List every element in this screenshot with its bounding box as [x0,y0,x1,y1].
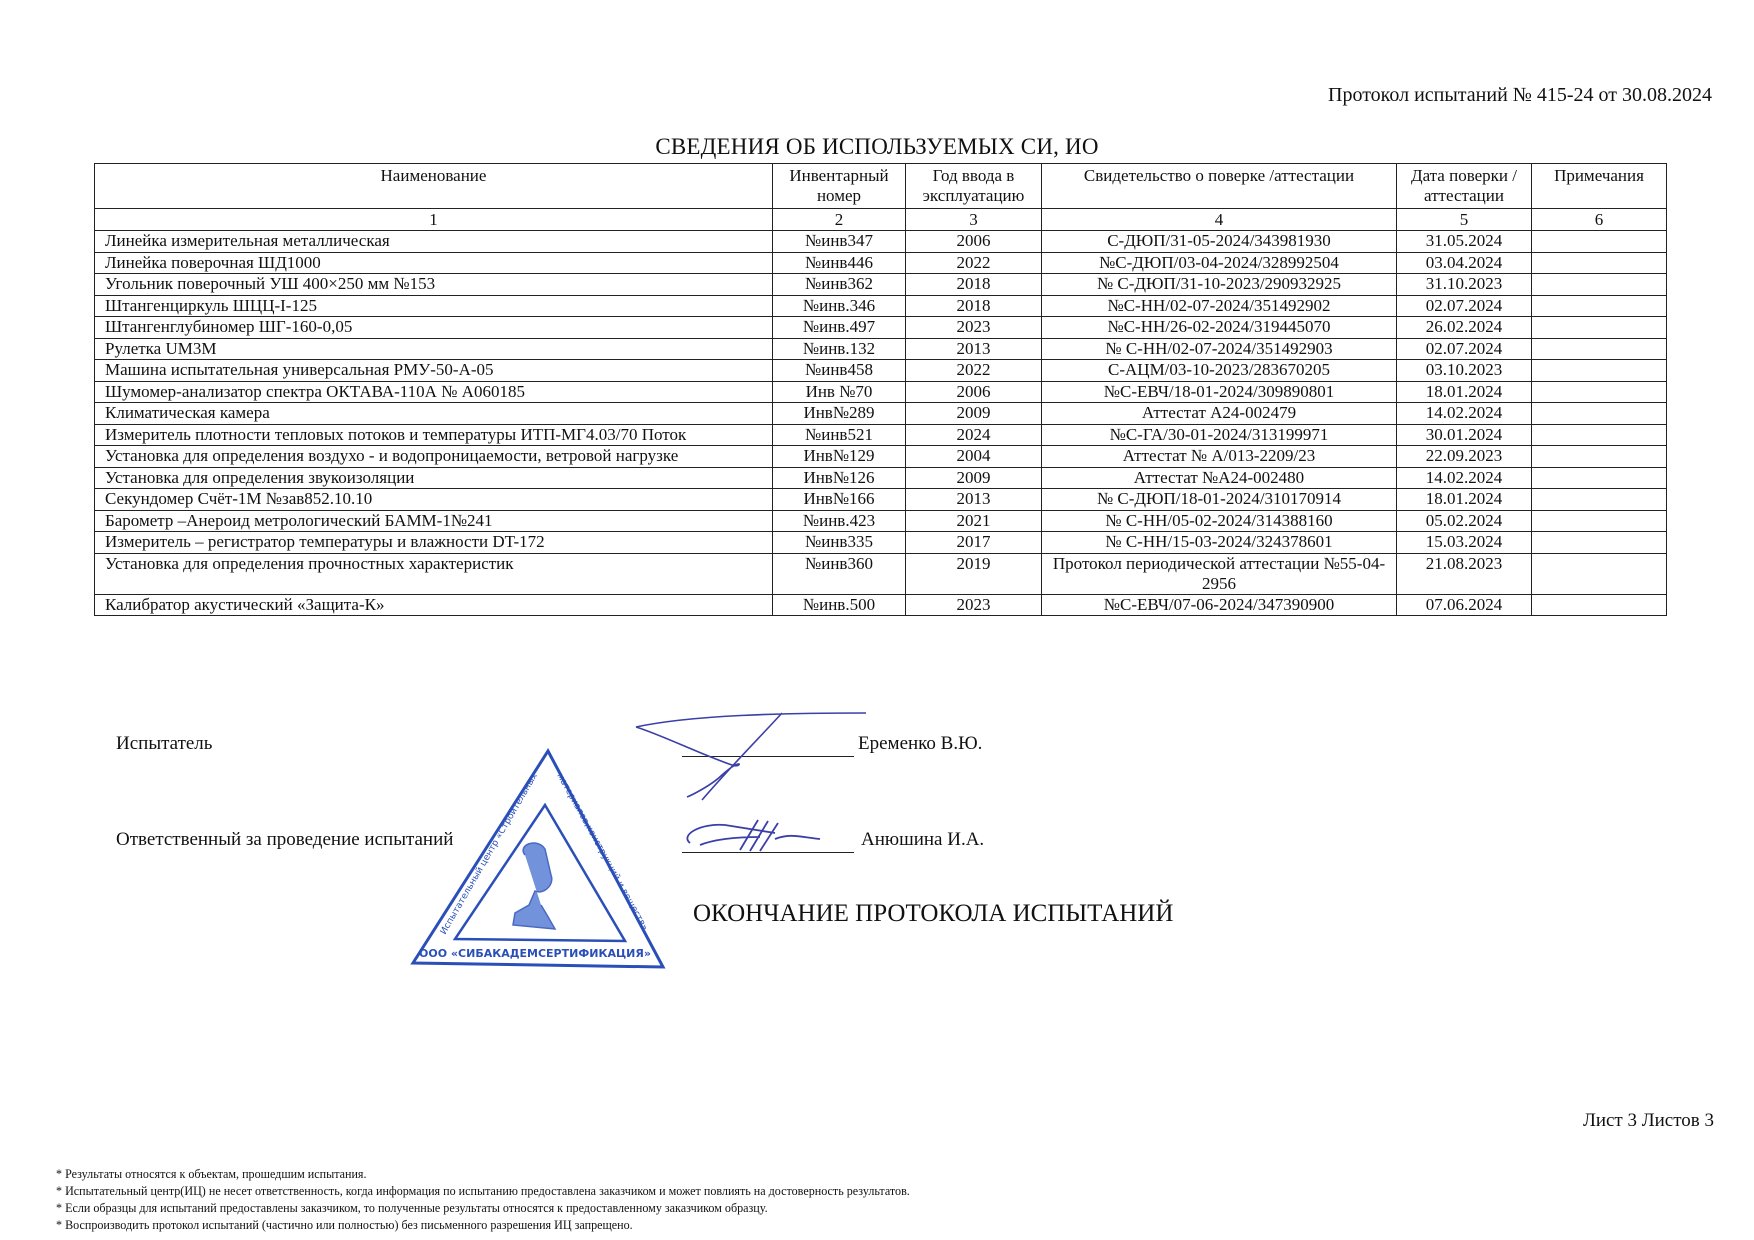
cell-note [1532,381,1667,403]
cell-name: Линейка измерительная металлическая [95,231,773,253]
cell-note [1532,467,1667,489]
cell-note [1532,510,1667,532]
cell-certificate: № С-НН/02-07-2024/351492903 [1042,338,1397,360]
cell-year: 2006 [906,381,1042,403]
cell-note [1532,424,1667,446]
cell-certificate: №С-НН/02-07-2024/351492902 [1042,295,1397,317]
col-number: 1 [95,209,773,231]
table-row: Секундомер Счёт-1М №зав852.10.10Инв№1662… [95,489,1667,511]
table-row: Машина испытательная универсальная РМУ-5… [95,360,1667,382]
cell-name: Машина испытательная универсальная РМУ-5… [95,360,773,382]
col-header-inv: Инвентарный номер [773,164,906,209]
cell-inventory: №инв.346 [773,295,906,317]
table-row: Климатическая камераИнв№2892009Аттестат … [95,403,1667,425]
cell-name: Угольник поверочный УШ 400×250 мм №153 [95,274,773,296]
instruments-table: Наименование Инвентарный номер Год ввода… [94,163,1667,616]
cell-date: 03.10.2023 [1397,360,1532,382]
cell-date: 15.03.2024 [1397,532,1532,554]
footnote: * Если образцы для испытаний предоставле… [56,1200,768,1216]
cell-year: 2018 [906,274,1042,296]
cell-note [1532,274,1667,296]
cell-year: 2021 [906,510,1042,532]
cell-name: Калибратор акустический «Защита-К» [95,594,773,616]
cell-name: Шумомер-анализатор спектра ОКТАВА-110А №… [95,381,773,403]
cell-certificate: Аттестат № А/013-2209/23 [1042,446,1397,468]
cell-date: 05.02.2024 [1397,510,1532,532]
footnote: * Результаты относятся к объектам, проше… [56,1166,367,1182]
stamp-org-text: ООО «СИБАКАДЕМСЕРТИФИКАЦИЯ» [419,947,651,960]
table-row: Штангенглубиномер ШГ-160-0,05№инв.497202… [95,317,1667,339]
cell-date: 18.01.2024 [1397,489,1532,511]
cell-name: Барометр –Анероид метрологический БАММ-1… [95,510,773,532]
cell-year: 2017 [906,532,1042,554]
cell-year: 2024 [906,424,1042,446]
cell-date: 26.02.2024 [1397,317,1532,339]
cell-year: 2013 [906,338,1042,360]
table-row: Установка для определения звукоизоляцииИ… [95,467,1667,489]
cell-certificate: №С-ЕВЧ/18-01-2024/309890801 [1042,381,1397,403]
sheet-info: Лист 3 Листов 3 [1583,1110,1714,1132]
footnote: * Воспроизводить протокол испытаний (час… [56,1217,633,1233]
cell-date: 02.07.2024 [1397,338,1532,360]
cell-date: 30.01.2024 [1397,424,1532,446]
responsible-name: Анюшина И.А. [861,829,984,851]
cell-year: 2022 [906,360,1042,382]
table-row: Рулетка UM3M№инв.1322013№ С-НН/02-07-202… [95,338,1667,360]
responsible-label: Ответственный за проведение испытаний [116,829,453,851]
cell-certificate: №С-ГА/30-01-2024/313199971 [1042,424,1397,446]
cell-certificate: Аттестат А24-002479 [1042,403,1397,425]
cell-certificate: №С-НН/26-02-2024/319445070 [1042,317,1397,339]
cell-certificate: № С-ДЮП/18-01-2024/310170914 [1042,489,1397,511]
cell-date: 03.04.2024 [1397,252,1532,274]
table-row: Линейка измерительная металлическая№инв3… [95,231,1667,253]
col-header-cert: Свидетельство о поверке /аттестации [1042,164,1397,209]
col-number: 4 [1042,209,1397,231]
cell-date: 14.02.2024 [1397,403,1532,425]
cell-year: 2022 [906,252,1042,274]
protocol-reference: Протокол испытаний № 415-24 от 30.08.202… [1328,84,1712,107]
col-number: 5 [1397,209,1532,231]
cell-year: 2019 [906,553,1042,594]
stamp-right-text: материалов,конструкций и веществ» [554,772,649,933]
cell-certificate: № С-ДЮП/31-10-2023/290932925 [1042,274,1397,296]
cell-name: Установка для определения звукоизоляции [95,467,773,489]
cell-year: 2013 [906,489,1042,511]
cell-date: 22.09.2023 [1397,446,1532,468]
cell-note [1532,446,1667,468]
cell-date: 02.07.2024 [1397,295,1532,317]
cell-certificate: №С-ДЮП/03-04-2024/328992504 [1042,252,1397,274]
cell-inventory: №инв458 [773,360,906,382]
cell-date: 14.02.2024 [1397,467,1532,489]
cell-inventory: №инв.500 [773,594,906,616]
cell-note [1532,489,1667,511]
cell-certificate: № С-НН/15-03-2024/324378601 [1042,532,1397,554]
cell-year: 2006 [906,231,1042,253]
cell-note [1532,252,1667,274]
tester-label: Испытатель [116,733,212,755]
column-number-row: 1 2 3 4 5 6 [95,209,1667,231]
cell-year: 2004 [906,446,1042,468]
table-row: Штангенциркуль ШЦЦ-I-125№инв.3462018№С-Н… [95,295,1667,317]
table-row: Шумомер-анализатор спектра ОКТАВА-110А №… [95,381,1667,403]
cell-inventory: №инв335 [773,532,906,554]
table-row: Калибратор акустический «Защита-К»№инв.5… [95,594,1667,616]
col-number: 6 [1532,209,1667,231]
cell-name: Штангенциркуль ШЦЦ-I-125 [95,295,773,317]
table-row: Барометр –Анероид метрологический БАММ-1… [95,510,1667,532]
cell-year: 2009 [906,403,1042,425]
cell-date: 07.06.2024 [1397,594,1532,616]
cell-note [1532,403,1667,425]
cell-name: Рулетка UM3M [95,338,773,360]
cell-note [1532,317,1667,339]
cell-inventory: №инв347 [773,231,906,253]
responsible-signature [680,815,830,860]
col-header-year: Год ввода в эксплуатацию [906,164,1042,209]
cell-inventory: Инв №70 [773,381,906,403]
cell-inventory: Инв№166 [773,489,906,511]
cell-date: 18.01.2024 [1397,381,1532,403]
cell-inventory: №инв.497 [773,317,906,339]
cell-certificate: Аттестат №А24-002480 [1042,467,1397,489]
cell-inventory: Инв№289 [773,403,906,425]
cell-name: Линейка поверочная ШД1000 [95,252,773,274]
col-number: 2 [773,209,906,231]
table-row: Установка для определения воздухо - и во… [95,446,1667,468]
footnote: * Испытательный центр(ИЦ) не несет ответ… [56,1183,910,1199]
col-number: 3 [906,209,1042,231]
cell-note [1532,360,1667,382]
col-header-notes: Примечания [1532,164,1667,209]
cell-note [1532,231,1667,253]
cell-certificate: С-ДЮП/31-05-2024/343981930 [1042,231,1397,253]
cell-name: Измеритель плотности тепловых потоков и … [95,424,773,446]
table-header-row: Наименование Инвентарный номер Год ввода… [95,164,1667,209]
cell-name: Секундомер Счёт-1М №зав852.10.10 [95,489,773,511]
protocol-end-title: ОКОНЧАНИЕ ПРОТОКОЛА ИСПЫТАНИЙ [693,900,1173,928]
table-row: Измеритель плотности тепловых потоков и … [95,424,1667,446]
table-row: Измеритель – регистратор температуры и в… [95,532,1667,554]
cell-inventory: №инв.132 [773,338,906,360]
cell-inventory: №инв446 [773,252,906,274]
table-row: Установка для определения прочностных ха… [95,553,1667,594]
cell-name: Измеритель – регистратор температуры и в… [95,532,773,554]
cell-year: 2018 [906,295,1042,317]
cell-date: 21.08.2023 [1397,553,1532,594]
cell-certificate: С-АЦМ/03-10-2023/283670205 [1042,360,1397,382]
cell-certificate: Протокол периодической аттестации №55-04… [1042,553,1397,594]
cell-inventory: Инв№126 [773,467,906,489]
cell-inventory: №инв.423 [773,510,906,532]
cell-name: Установка для определения воздухо - и во… [95,446,773,468]
col-header-name: Наименование [95,164,773,209]
cell-certificate: №С-ЕВЧ/07-06-2024/347390900 [1042,594,1397,616]
cell-year: 2023 [906,594,1042,616]
cell-note [1532,532,1667,554]
cell-inventory: Инв№129 [773,446,906,468]
cell-note [1532,295,1667,317]
cell-inventory: №инв360 [773,553,906,594]
cell-year: 2023 [906,317,1042,339]
cell-year: 2009 [906,467,1042,489]
cell-name: Климатическая камера [95,403,773,425]
cell-note [1532,594,1667,616]
cell-inventory: №инв521 [773,424,906,446]
cell-name: Установка для определения прочностных ха… [95,553,773,594]
cell-note [1532,553,1667,594]
cell-note [1532,338,1667,360]
col-header-date: Дата поверки /аттестации [1397,164,1532,209]
cell-date: 31.10.2023 [1397,274,1532,296]
cell-inventory: №инв362 [773,274,906,296]
cell-date: 31.05.2024 [1397,231,1532,253]
section-title: СВЕДЕНИЯ ОБ ИСПОЛЬЗУЕМЫХ СИ, ИО [0,134,1754,160]
cell-name: Штангенглубиномер ШГ-160-0,05 [95,317,773,339]
table-row: Угольник поверочный УШ 400×250 мм №153№и… [95,274,1667,296]
tester-name: Еременко В.Ю. [858,733,982,755]
table-row: Линейка поверочная ШД1000№инв4462022№С-Д… [95,252,1667,274]
organization-stamp: ООО «СИБАКАДЕМСЕРТИФИКАЦИЯ» Испытательны… [405,745,670,975]
cell-certificate: № С-НН/05-02-2024/314388160 [1042,510,1397,532]
